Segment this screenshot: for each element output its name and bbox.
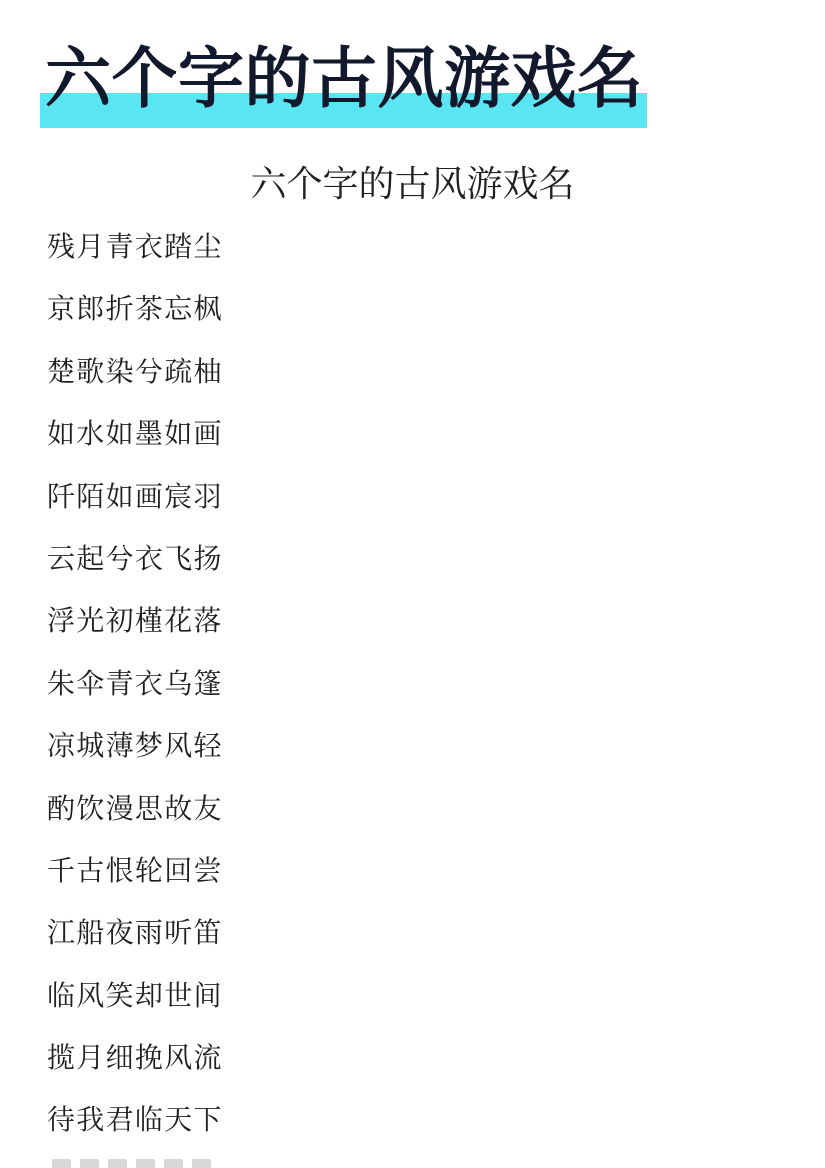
clipped-glyph-top <box>52 1159 71 1168</box>
list-item: 临风笑却世间 <box>47 965 223 1027</box>
list-item: 残月青衣踏尘 <box>47 216 223 278</box>
list-item: 如水如墨如画 <box>47 403 223 465</box>
list-item: 浮光初槿花落 <box>47 590 223 652</box>
next-item-clipped <box>52 1159 211 1168</box>
clipped-glyph-top <box>164 1159 183 1168</box>
clipped-glyph-top <box>192 1159 211 1168</box>
list-item: 阡陌如画宸羽 <box>47 466 223 528</box>
list-item: 江船夜雨听笛 <box>47 902 223 964</box>
page-title: 六个字的古风游戏名 <box>45 45 644 111</box>
game-name-list: 残月青衣踏尘 京郎折茶忘枫 楚歌染兮疏柚 如水如墨如画 阡陌如画宸羽 云起兮衣飞… <box>47 216 223 1152</box>
list-item: 酌饮漫思故友 <box>47 778 223 840</box>
page-title-text: 六个字的古风游戏名 <box>45 41 644 115</box>
list-item: 楚歌染兮疏柚 <box>47 341 223 403</box>
list-item: 千古恨轮回尝 <box>47 840 223 902</box>
title-highlight-band: 六个字的古风游戏名 <box>45 45 644 111</box>
clipped-glyph-top <box>108 1159 127 1168</box>
list-item: 揽月细挽风流 <box>47 1027 223 1089</box>
list-item: 云起兮衣飞扬 <box>47 528 223 590</box>
clipped-glyph-top <box>136 1159 155 1168</box>
list-item: 待我君临天下 <box>47 1089 223 1151</box>
article-subtitle: 六个字的古风游戏名 <box>0 164 825 204</box>
list-item: 凉城薄梦风轻 <box>47 715 223 777</box>
clipped-glyph-top <box>80 1159 99 1168</box>
list-item: 朱伞青衣乌篷 <box>47 653 223 715</box>
list-item: 京郎折茶忘枫 <box>47 278 223 340</box>
